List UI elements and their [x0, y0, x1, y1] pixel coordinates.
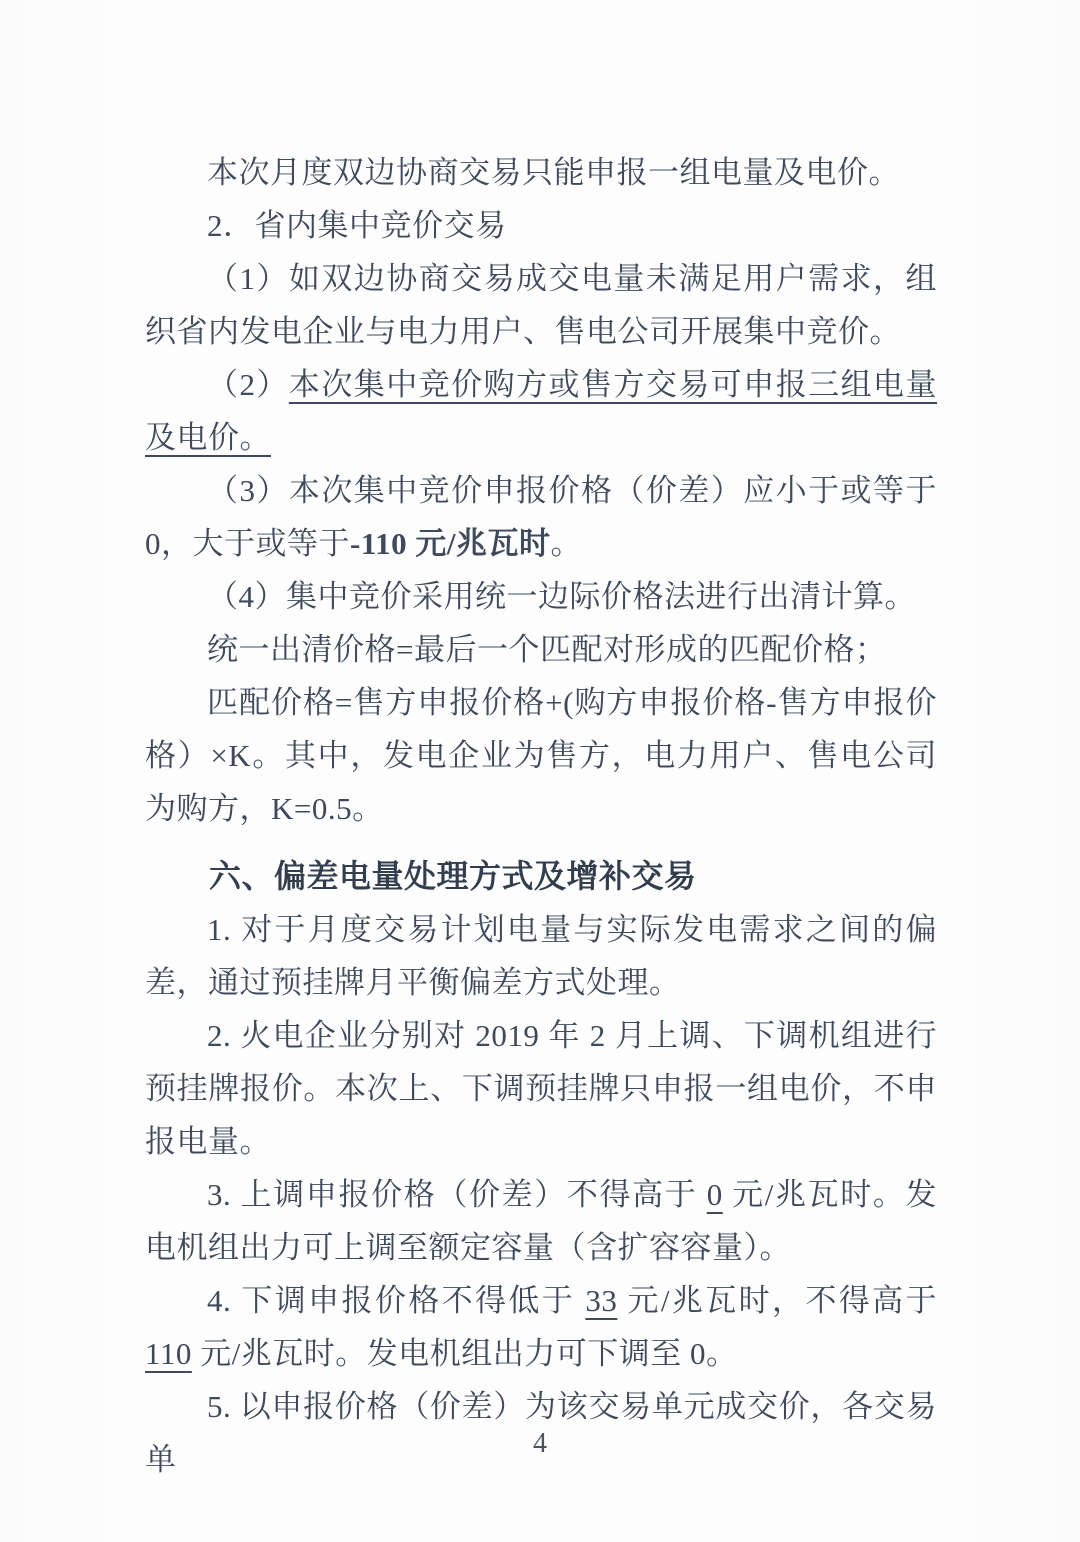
paragraph: （1）如双边协商交易成交电量未满足用户需求，组织省内发电企业与电力用户、售电公司…: [145, 252, 937, 358]
paragraph: （3）本次集中竞价申报价格（价差）应小于或等于 0，大于或等于-110 元/兆瓦…: [145, 464, 937, 570]
text-run: 2. 火电企业分别对 2019 年 2 月上调、下调机组进行预挂牌报价。本次上、…: [145, 1018, 937, 1159]
document-body: 本次月度双边协商交易只能申报一组电量及电价。2．省内集中竞价交易（1）如双边协商…: [145, 146, 937, 1486]
text-run: （4）集中竞价采用统一边际价格法进行出清计算。: [207, 579, 916, 614]
text-run: 4. 下调申报价格不得低于: [207, 1283, 585, 1318]
text-run: 元/兆瓦时，不得高于: [617, 1283, 937, 1318]
text-run: 2．省内集中竞价交易: [207, 208, 507, 243]
paragraph: 统一出清价格=最后一个匹配对形成的匹配价格；: [145, 623, 937, 676]
paragraph: 4. 下调申报价格不得低于 33 元/兆瓦时，不得高于 110 元/兆瓦时。发电…: [145, 1274, 937, 1380]
paragraph: （2）本次集中竞价购方或售方交易可申报三组电量及电价。: [145, 358, 937, 464]
section-heading: 六、偏差电量处理方式及增补交易: [145, 850, 937, 903]
document-page: 本次月度双边协商交易只能申报一组电量及电价。2．省内集中竞价交易（1）如双边协商…: [0, 0, 1080, 1542]
text-run: 33: [585, 1283, 617, 1318]
paragraph: 本次月度双边协商交易只能申报一组电量及电价。: [145, 146, 937, 199]
page-number: 4: [533, 1428, 547, 1459]
text-run: （1）如双边协商交易成交电量未满足用户需求，组织省内发电企业与电力用户、售电公司…: [145, 261, 937, 349]
paragraph: 匹配价格=售方申报价格+(购方申报价格-售方申报价格）×K。其中，发电企业为售方…: [145, 676, 937, 835]
paragraph: （4）集中竞价采用统一边际价格法进行出清计算。: [145, 570, 937, 623]
text-run: 本次月度双边协商交易只能申报一组电量及电价。: [207, 155, 900, 190]
text-run: （2）: [207, 367, 289, 402]
text-run: 匹配价格=售方申报价格+(购方申报价格-售方申报价格）×K。其中，发电企业为售方…: [145, 685, 937, 826]
text-run: 110: [145, 1336, 192, 1371]
paragraph: 2. 火电企业分别对 2019 年 2 月上调、下调机组进行预挂牌报价。本次上、…: [145, 1009, 937, 1168]
text-run: -110 元/兆瓦时: [350, 526, 550, 561]
text-run: 。: [550, 526, 582, 561]
text-run: 六、偏差电量处理方式及增补交易: [209, 858, 697, 894]
paragraph: 1. 对于月度交易计划电量与实际发电需求之间的偏差，通过预挂牌月平衡偏差方式处理…: [145, 903, 937, 1009]
text-run: 3. 上调申报价格（价差）不得高于: [207, 1177, 707, 1212]
paragraph: 3. 上调申报价格（价差）不得高于 0 元/兆瓦时。发电机组出力可上调至额定容量…: [145, 1168, 937, 1274]
page-footer: 4: [0, 1428, 1080, 1460]
text-run: 元/兆瓦时。发电机组出力可下调至 0。: [192, 1336, 738, 1371]
paragraph: 2．省内集中竞价交易: [145, 199, 937, 252]
text-run: 0: [707, 1177, 723, 1212]
text-run: 统一出清价格=最后一个匹配对形成的匹配价格；: [207, 632, 886, 667]
text-run: 1. 对于月度交易计划电量与实际发电需求之间的偏差，通过预挂牌月平衡偏差方式处理…: [145, 912, 937, 1000]
